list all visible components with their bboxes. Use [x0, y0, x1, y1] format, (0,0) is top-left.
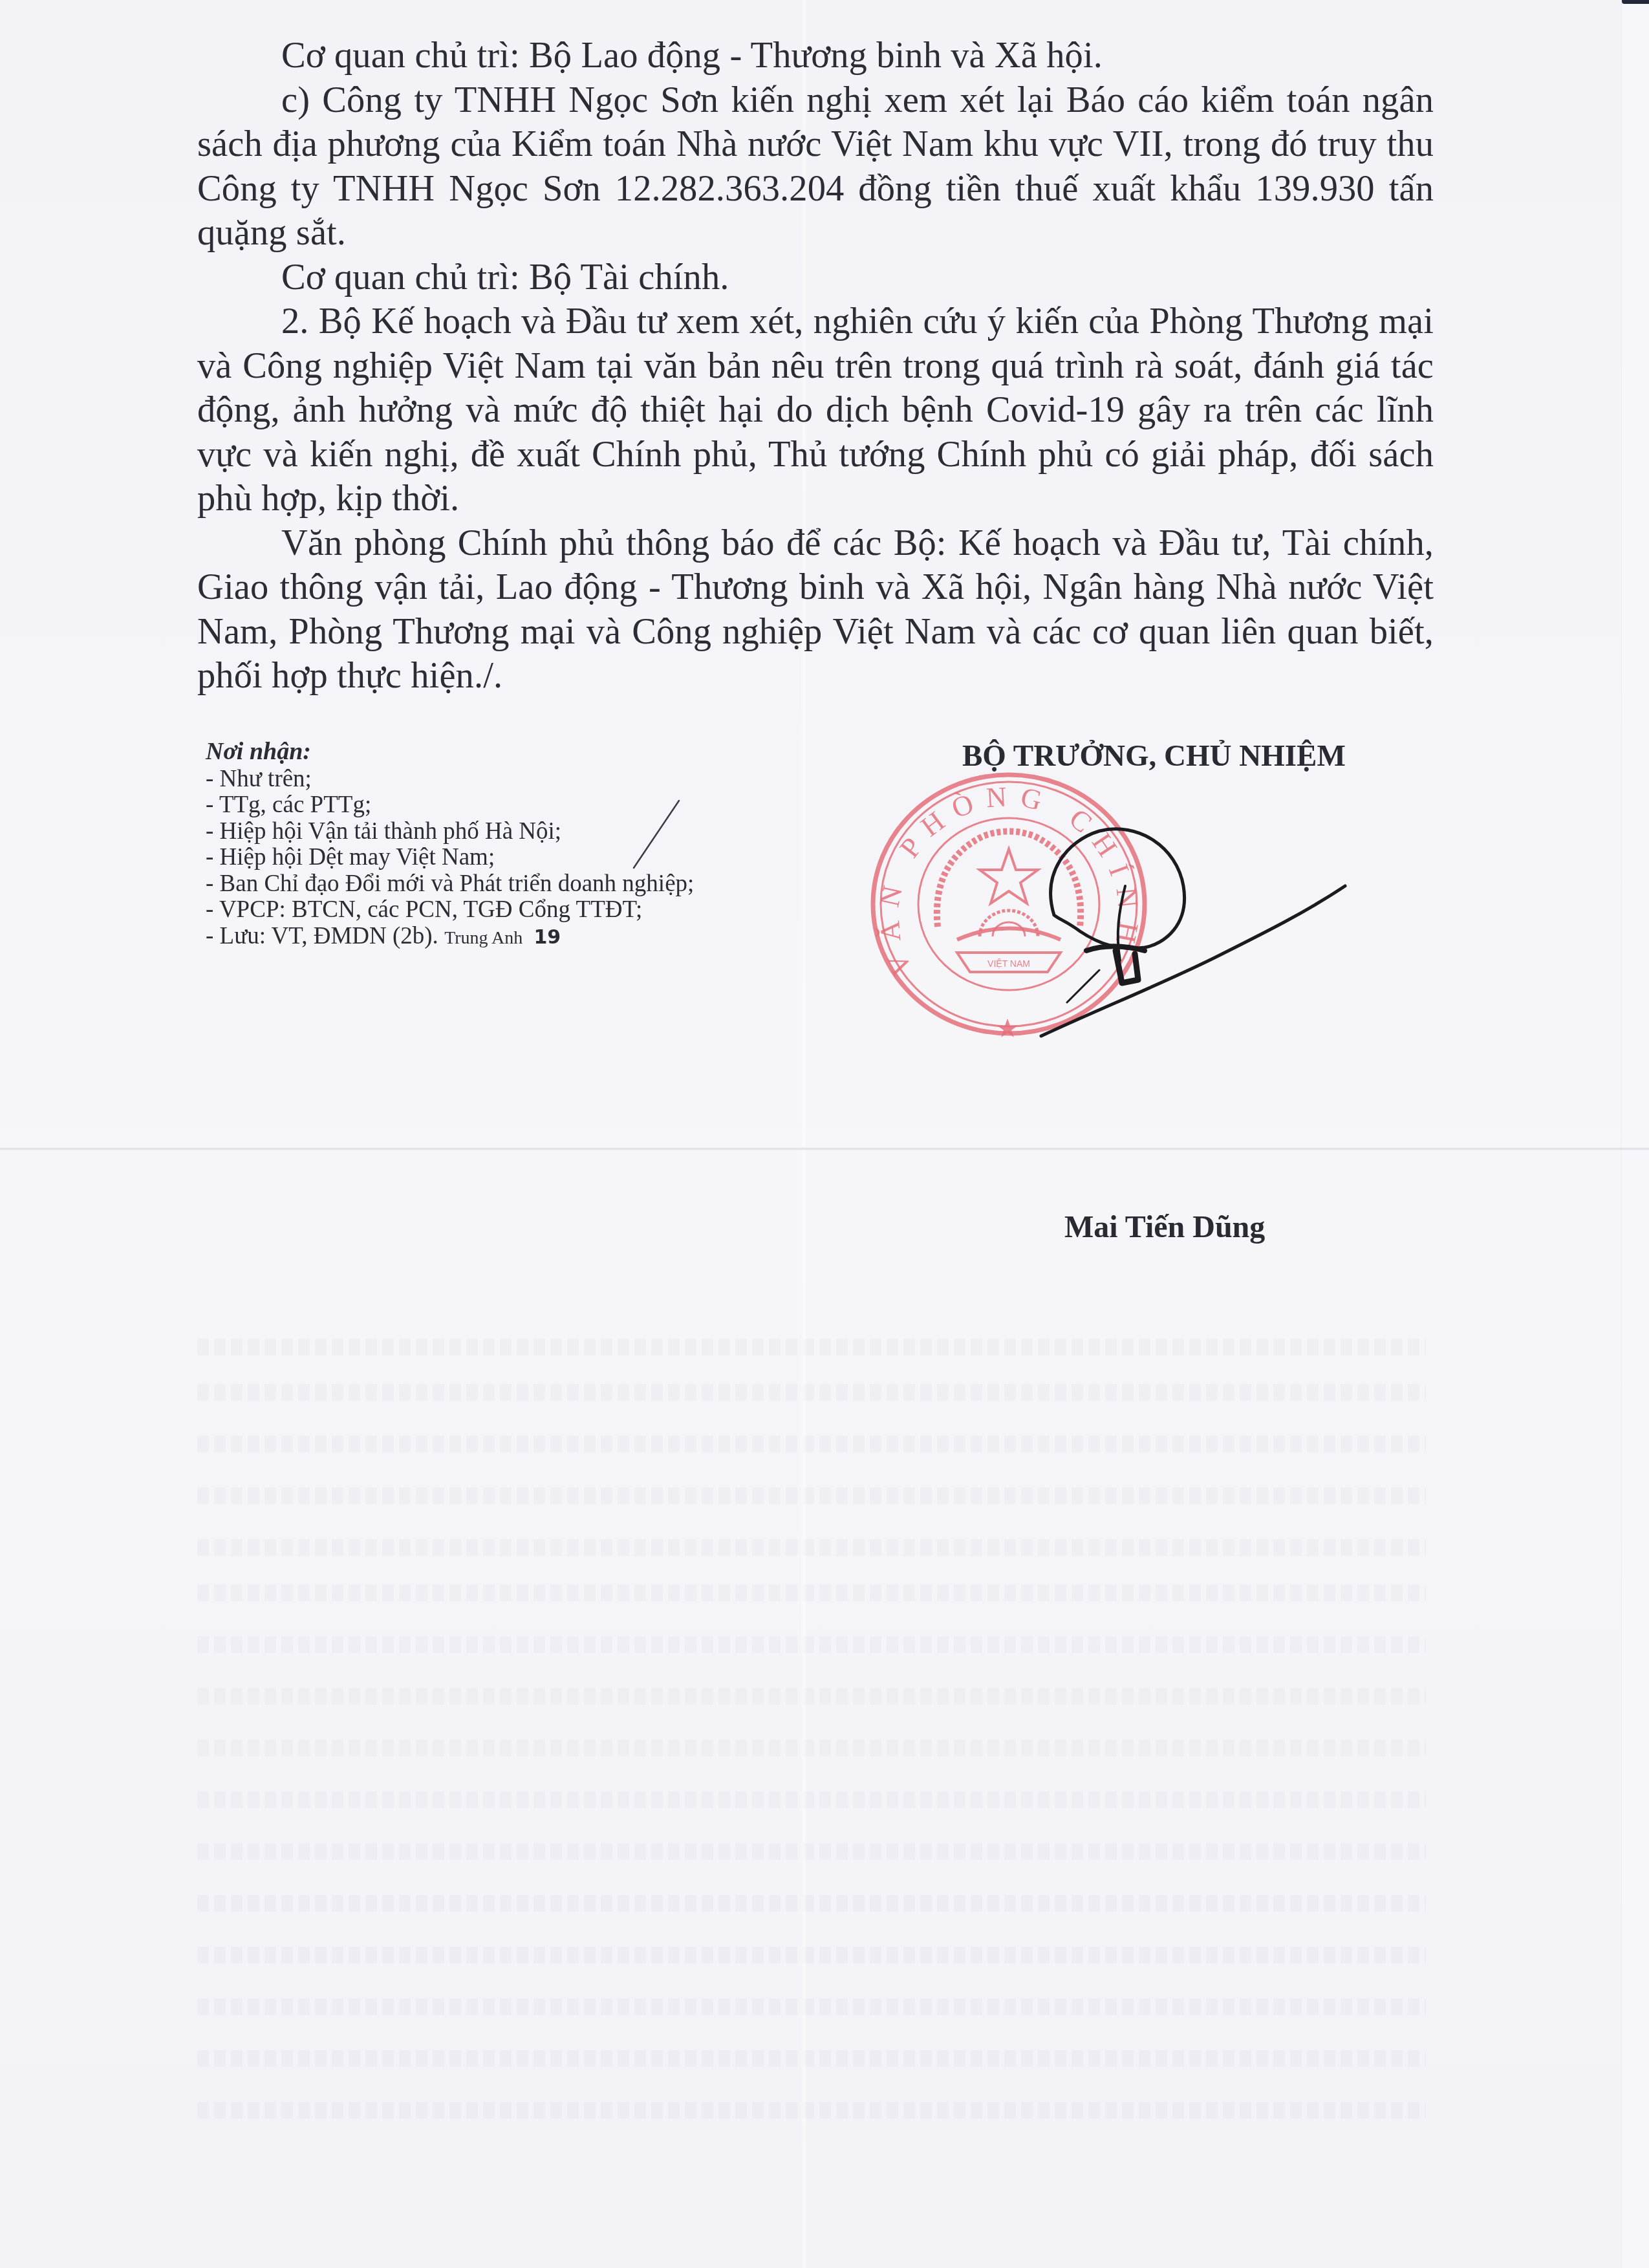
scanner-edge — [1622, 0, 1649, 4]
paragraph-item-c: c) Công ty TNHH Ngọc Sơn kiến nghị xem x… — [197, 78, 1434, 255]
paragraph-item-2: 2. Bộ Kế hoạch và Đầu tư xem xét, nghiên… — [197, 299, 1434, 521]
show-through-line — [197, 1539, 1426, 1556]
recipient-item: - Ban Chỉ đạo Đổi mới và Phát triển doan… — [206, 871, 852, 898]
show-through-line — [197, 1584, 1426, 1601]
paragraph-lead-agency-labor: Cơ quan chủ trì: Bộ Lao động - Thương bi… — [197, 34, 1434, 78]
signature-icon — [970, 795, 1371, 1041]
body-text: Cơ quan chủ trì: Bộ Lao động - Thương bi… — [197, 34, 1434, 698]
recipients-title: Nơi nhận: — [206, 739, 852, 765]
show-through-line — [197, 2050, 1426, 2067]
show-through-line — [197, 1740, 1426, 1756]
show-through-line — [197, 1436, 1426, 1453]
show-through-line — [197, 1791, 1426, 1808]
show-through-line — [197, 1688, 1426, 1705]
recipient-item: - TTg, các PTTg; — [206, 792, 852, 819]
show-through-line — [197, 1895, 1426, 1912]
paragraph-notice: Văn phòng Chính phủ thông báo để các Bộ:… — [197, 521, 1434, 698]
show-through-line — [197, 1843, 1426, 1860]
show-through-line — [197, 1998, 1426, 2015]
recipient-item: - Hiệp hội Vận tải thành phố Hà Nội; — [206, 819, 852, 845]
show-through-line — [197, 1947, 1426, 1963]
recipient-item: - VPCP: BTCN, các PCN, TGĐ Cổng TTĐT; — [206, 897, 852, 923]
recipient-item-archive: - Lưu: VT, ĐMDN (2b). Trung Anh 19 — [206, 923, 852, 952]
show-through-line — [197, 1384, 1426, 1401]
handwritten-check-icon — [627, 795, 685, 873]
handwritten-count: 19 — [534, 926, 561, 949]
paragraph-lead-agency-finance: Cơ quan chủ trì: Bộ Tài chính. — [197, 255, 1434, 300]
scan-edge-strip — [1621, 0, 1649, 2268]
recipient-item: - Hiệp hội Dệt may Việt Nam; — [206, 845, 852, 871]
archive-label: - Lưu: VT, ĐMDN (2b). — [206, 923, 438, 949]
show-through-line — [197, 1339, 1426, 1355]
show-through-line — [197, 2102, 1426, 2119]
recipients-block: Nơi nhận: - Như trên; - TTg, các PTTg; -… — [206, 739, 852, 951]
signer-name: Mai Tiến Dũng — [1064, 1209, 1265, 1245]
show-through-line — [197, 1636, 1426, 1653]
horizontal-fold — [0, 1147, 1649, 1150]
drafter-name: Trung Anh — [444, 928, 523, 948]
show-through-line — [197, 1487, 1426, 1504]
recipient-item: - Như trên; — [206, 766, 852, 793]
signer-title: BỘ TRƯỞNG, CHỦ NHIỆM — [962, 739, 1346, 773]
